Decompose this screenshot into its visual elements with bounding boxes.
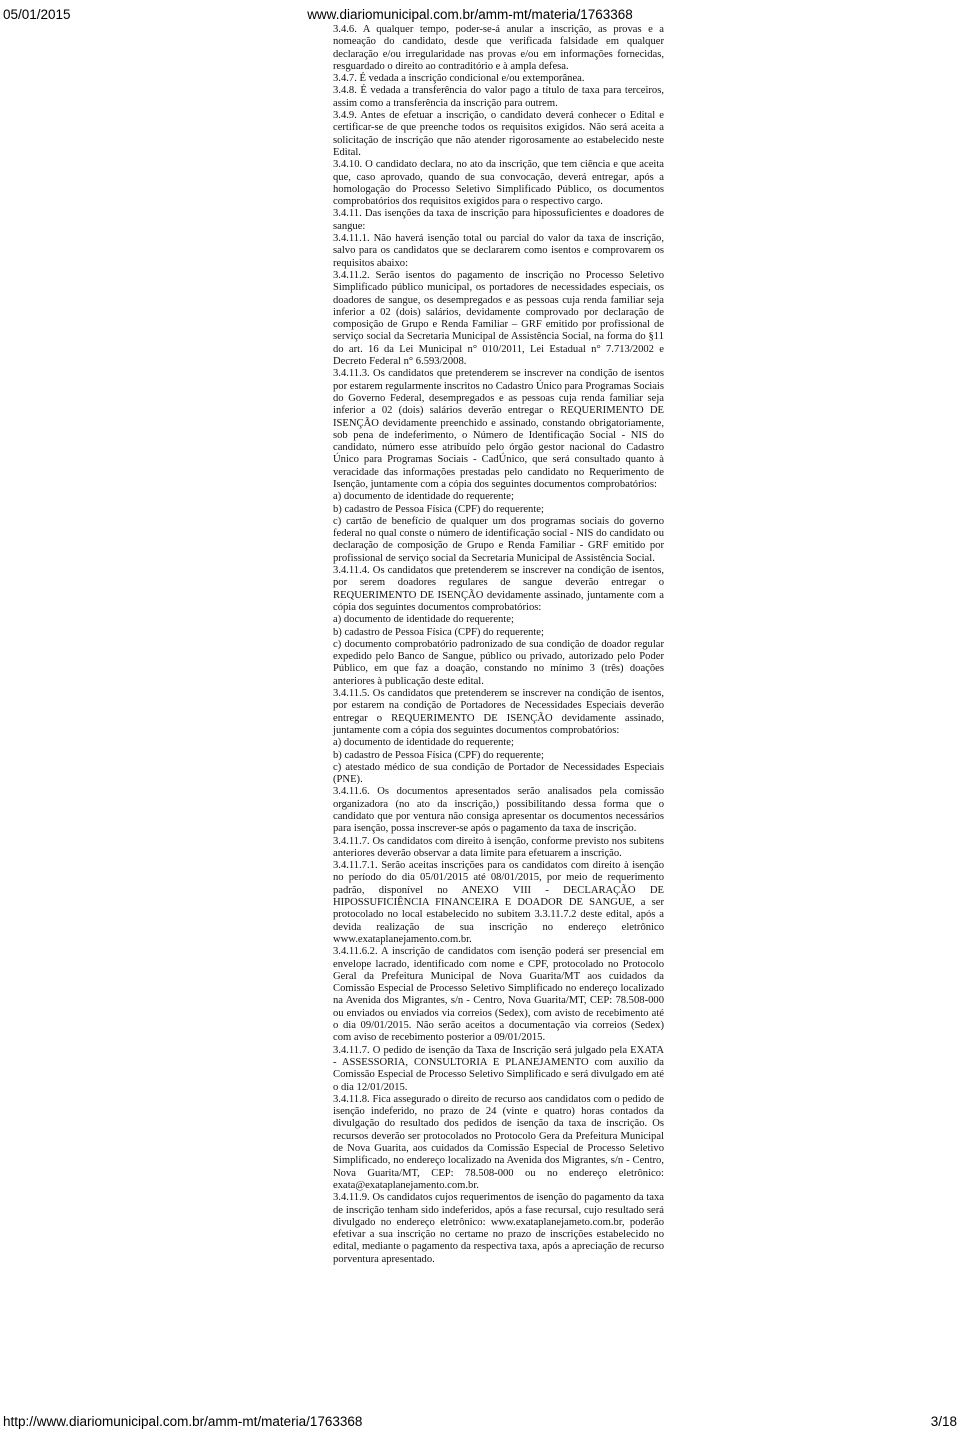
paragraph: 3.4.11.4. Os candidatos que pretenderem …	[333, 565, 664, 614]
paragraph: 3.4.11.3. Os candidatos que pretenderem …	[333, 368, 664, 491]
document-body: 3.4.6. A qualquer tempo, poder-se-á anul…	[333, 24, 664, 1266]
paragraph: b) cadastro de Pessoa Física (CPF) do re…	[333, 750, 664, 762]
paragraph: a) documento de identidade do requerente…	[333, 737, 664, 749]
paragraph: 3.4.11.5. Os candidatos que pretenderem …	[333, 688, 664, 737]
paragraph: 3.4.11. Das isenções da taxa de inscriçã…	[333, 208, 664, 233]
page-header: 05/01/2015 www.diariomunicipal.com.br/am…	[0, 5, 960, 25]
paragraph: 3.4.8. É vedada a transferência do valor…	[333, 85, 664, 110]
paragraph: 3.4.9. Antes de efetuar a inscrição, o c…	[333, 110, 664, 159]
paragraph: b) cadastro de Pessoa Física (CPF) do re…	[333, 627, 664, 639]
paragraph: 3.4.11.6.2. A inscrição de candidatos co…	[333, 946, 664, 1044]
paragraph: a) documento de identidade do requerente…	[333, 491, 664, 503]
paragraph: 3.4.11.1. Não haverá isenção total ou pa…	[333, 233, 664, 270]
paragraph: b) cadastro de Pessoa Física (CPF) do re…	[333, 504, 664, 516]
footer-url: http://www.diariomunicipal.com.br/amm-mt…	[3, 1414, 362, 1429]
paragraph: 3.4.11.7.1. Serão aceitas inscrições par…	[333, 860, 664, 946]
paragraph: 3.4.10. O candidato declara, no ato da i…	[333, 159, 664, 208]
paragraph: 3.4.11.7. Os candidatos com direito à is…	[333, 836, 664, 861]
paragraph: c) documento comprobatório padronizado d…	[333, 639, 664, 688]
paragraph: a) documento de identidade do requerente…	[333, 614, 664, 626]
paragraph: 3.4.7. É vedada a inscrição condicional …	[333, 73, 664, 85]
paragraph: 3.4.11.2. Serão isentos do pagamento de …	[333, 270, 664, 368]
paragraph: 3.4.11.8. Fica assegurado o direito de r…	[333, 1094, 664, 1192]
header-url: www.diariomunicipal.com.br/amm-mt/materi…	[0, 7, 940, 22]
page-number: 3/18	[931, 1414, 957, 1429]
page-footer: http://www.diariomunicipal.com.br/amm-mt…	[0, 1411, 960, 1429]
paragraph: c) atestado médico de sua condição de Po…	[333, 762, 664, 787]
paragraph: 3.4.6. A qualquer tempo, poder-se-á anul…	[333, 24, 664, 73]
pdf-page: { "header": { "date": "05/01/2015", "url…	[0, 0, 960, 1433]
paragraph: c) cartão de benefício de qualquer um do…	[333, 516, 664, 565]
paragraph: 3.4.11.9. Os candidatos cujos requerimen…	[333, 1192, 664, 1266]
paragraph: 3.4.11.7. O pedido de isenção da Taxa de…	[333, 1045, 664, 1094]
paragraph: 3.4.11.6. Os documentos apresentados ser…	[333, 786, 664, 835]
